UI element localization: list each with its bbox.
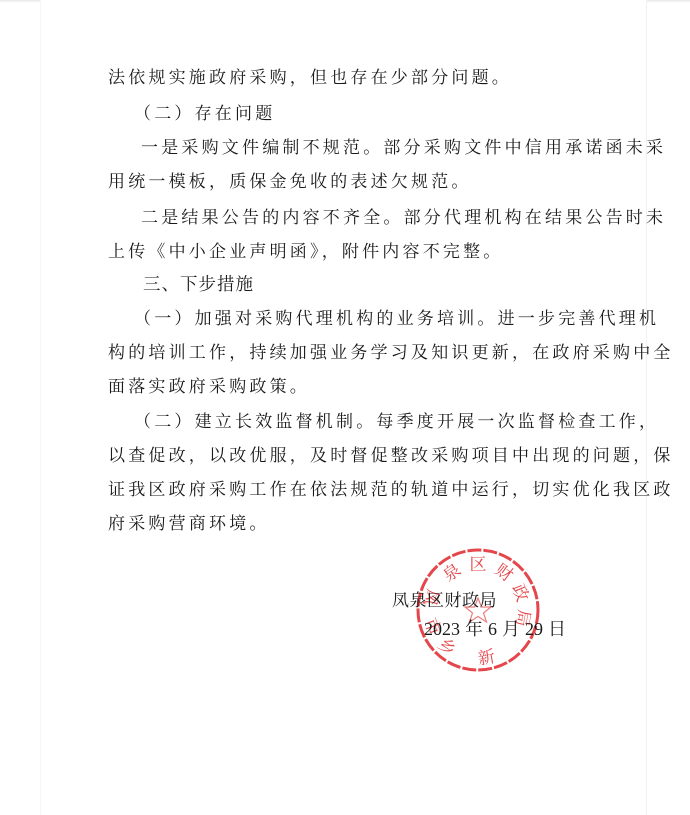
paragraph-line: 府采购营商环境。 [108, 514, 270, 534]
date-month: 6 [488, 619, 497, 639]
date-day: 29 [525, 619, 543, 639]
date-year: 2023 [424, 619, 460, 639]
paragraph-line: 法依规实施政府采购，但也存在少部分问题。 [108, 68, 512, 88]
date-month-unit: 月 [502, 619, 520, 639]
document-page [40, 0, 647, 815]
paragraph-line: （一）加强对采购代理机构的业务培训。进一步完善代理机 [134, 309, 659, 329]
date-year-unit: 年 [465, 619, 483, 639]
svg-text:泉: 泉 [439, 560, 464, 586]
paragraph-line: 证我区政府采购工作在依法规范的轨道中运行，切实优化我区政 [108, 480, 674, 500]
paragraph-line: 一是采购文件编制不规范。部分采购文件中信用承诺函未采 [141, 138, 666, 158]
document-date: 2023年6月29日 [424, 615, 571, 641]
svg-text:区: 区 [470, 555, 487, 575]
paragraph-line: 上传《中小企业声明函》，附件内容不完整。 [108, 242, 504, 262]
svg-text:新: 新 [476, 647, 496, 670]
paragraph-line: 以查促改，以改优服，及时督促整改采购项目中出现的问题，保 [108, 446, 674, 466]
section-subheading: （二）存在问题 [134, 104, 275, 124]
svg-text:财: 财 [491, 560, 516, 586]
section-heading: 三、下步措施 [143, 275, 254, 295]
paragraph-line: 构的培训工作，持续加强业务学习及知识更新，在政府采购中全 [108, 343, 674, 363]
issuing-authority-signature: 凤泉区财政局 [392, 586, 497, 611]
paragraph-line: 面落实政府采购政策。 [108, 377, 310, 397]
paragraph-line: （二）建立长效监督机制。每季度开展一次监督检查工作， [134, 412, 659, 432]
svg-text:政: 政 [507, 582, 532, 605]
date-day-unit: 日 [548, 619, 566, 639]
paragraph-line: 二是结果公告的内容不齐全。部分代理机构在结果公告时未 [141, 208, 666, 228]
paragraph-line: 用统一模板，质保金免收的表述欠规范。 [108, 172, 472, 192]
